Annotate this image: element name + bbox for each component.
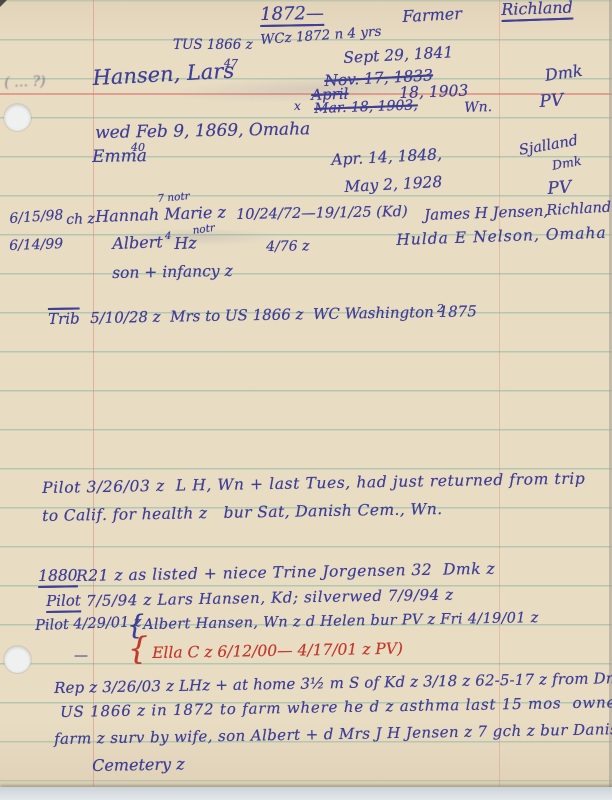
pilot1894-rest: 7/5/94 z Lars Hansen, Kd; silverwed 7/9/…	[86, 588, 454, 610]
margin-dash: —	[74, 649, 88, 664]
census-rest: R21 z as listed + niece Trine Jorgensen …	[76, 561, 495, 585]
obit-line3: farm z surv by wife, son Albert + d Mrs …	[54, 722, 612, 748]
insert-mark: x	[294, 100, 301, 113]
subject-death-place: Wn.	[464, 100, 492, 116]
pilot1901-rest: Albert Hansen, Wn z d Helen bur PV z Fri…	[143, 611, 539, 633]
obit-line2: US 1866 z in 1872 to farm where he d z a…	[60, 694, 612, 720]
subject-origin: Dmk	[544, 63, 584, 85]
pilot1901-prefix: Pilot 4/29/01 z	[35, 615, 142, 634]
child2-margin-date: 6/14/99	[9, 237, 63, 254]
to-us-note: TUS 1866 z	[173, 38, 253, 52]
child1-tag: ch z	[66, 212, 95, 228]
child2-number-superscript: 4	[165, 232, 171, 243]
trib-source: Trib	[48, 311, 80, 327]
spouse-death-date: May 2, 1928	[344, 174, 443, 195]
red-brace: {	[128, 633, 148, 666]
locality: Richland	[501, 0, 573, 19]
scanned-notebook-page: 1872— Farmer Richland TUS 1866 z WCz 187…	[0, 0, 612, 800]
subject-birth-date: Sept 29, 1841	[343, 44, 454, 66]
arrival-year: 1872—	[260, 5, 324, 25]
red-note-text: Ella C z 6/12/00— 4/17/01 z PV)	[152, 641, 403, 662]
pilot1903-line1: Pilot 3/26/03 z L H, Wn + last Tues, had…	[42, 471, 585, 497]
census-year: 1880	[38, 567, 78, 584]
subject-death-date-struck2: Mar. 18, 1903,	[314, 98, 418, 116]
child2-initial: Hz	[174, 235, 197, 253]
child1-spouse: James H Jensen,	[424, 204, 548, 224]
subject-age-superscript: 47	[224, 58, 238, 70]
spouse-cemetery: PV	[547, 179, 572, 198]
occupation: Farmer	[402, 6, 462, 26]
obit-line4: Cemetery z	[92, 756, 185, 774]
punch-hole-top	[4, 104, 31, 131]
child3-note: son + infancy z	[112, 263, 233, 281]
citizenship-note: WCz 1872 n 4 yrs	[260, 25, 382, 48]
child2-spouse: Hulda E Nelson, Omaha	[396, 225, 607, 249]
spouse-birth-date: Apr. 14, 1848,	[331, 146, 442, 168]
ghost-annotation: ( … ?)	[4, 75, 46, 91]
punch-hole-bottom	[4, 646, 31, 673]
marriage-line: wed Feb 9, 1869, Omaha	[95, 121, 310, 143]
red-margin-rule-right	[499, 0, 500, 786]
child1-margin-date: 6/15/98	[9, 208, 64, 226]
pilot1894-source: Pilot	[46, 593, 81, 609]
child2-name: Albert	[112, 234, 163, 253]
child2-date: 4/76 z	[266, 239, 310, 254]
subject-cemetery: PV	[539, 92, 564, 111]
scanner-background-strip	[0, 787, 612, 800]
child1-dates: 10/24/72—19/1/25 (Kd)	[236, 205, 408, 223]
spouse-origin-line2: Dmk	[551, 154, 582, 172]
trib-text: 5/10/28 z Mrs to US 1866 z WC Washington…	[90, 304, 477, 326]
child1-spouse-place: Richland	[546, 201, 612, 220]
pilot1903-line2: to Calif. for health z bur Sat, Danish C…	[42, 501, 443, 524]
trib-superscript: 2	[437, 303, 444, 315]
red-margin-rule-left	[93, 0, 94, 786]
scan-corner-artifact	[0, 0, 7, 7]
spouse-age-superscript: 40	[131, 142, 145, 154]
obit-line1: Rep z 3/26/03 z LHz + at home 3½ m S of …	[54, 671, 612, 697]
